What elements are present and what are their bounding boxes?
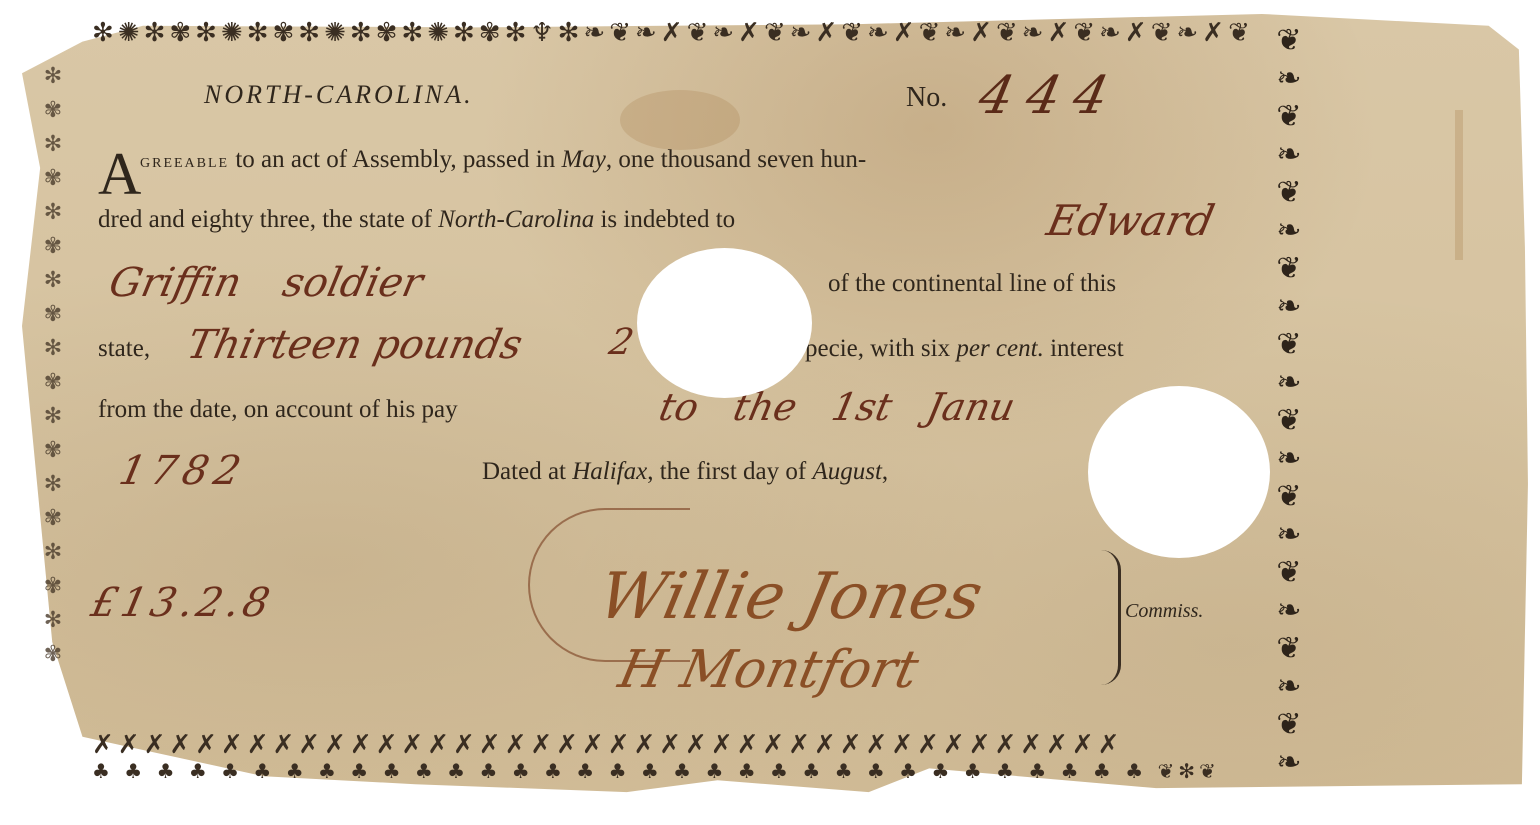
text-line-3: of the continental line of this bbox=[828, 270, 1116, 298]
certificate-number: 444 bbox=[974, 66, 1128, 126]
punch-hole-cancellation bbox=[637, 248, 812, 398]
text-line-4-start: state, bbox=[98, 335, 150, 363]
certificate-number-label: No. bbox=[906, 82, 947, 114]
drop-cap: A bbox=[98, 144, 141, 204]
document-heading: NORTH-CAROLINA. bbox=[204, 80, 474, 110]
left-ornamental-border: ✻✾✻✾✻✾✻✾✻✾✻✾✻✾✻✾✻✾ bbox=[36, 60, 70, 700]
text-line-6: Dated at Halifax, the first day of Augus… bbox=[482, 458, 888, 486]
top-ornamental-border: ✻✺✻✾✻✺✻✾✻✺✻✾✻✺✻✾✻♆✻❧❦❧✗❦❧✗❦❧✗❦❧✗❦❧✗❦❧✗❦❧… bbox=[92, 18, 1302, 48]
stain bbox=[620, 90, 740, 150]
payee-first-name: Edward bbox=[1043, 196, 1219, 245]
right-ornamental-border: ❦❧❦❧❦❧❦❧❦❧❦❧❦❧❦❧❦❧❦❧ bbox=[1272, 22, 1306, 782]
text-line-1: greeable to an act of Assembly, passed i… bbox=[140, 146, 866, 174]
text-line-5: from the date, on account of his pay bbox=[98, 396, 458, 424]
amount-in-figures: £13.2.8 bbox=[87, 580, 277, 626]
text-line-4-end: pecie, with six per cent. interest bbox=[805, 335, 1124, 363]
text-line-2: dred and eighty three, the state of Nort… bbox=[98, 206, 735, 234]
year: 1782 bbox=[115, 448, 251, 494]
payee-surname-role: Griffin soldier bbox=[105, 260, 427, 306]
punch-hole-cancellation bbox=[1088, 386, 1270, 558]
bottom-ornamental-border-row2: ♣ ♣ ♣ ♣ ♣ ♣ ♣ ♣ ♣ ♣ ♣ ♣ ♣ ♣ ♣ ♣ ♣ ♣ ♣ ♣ … bbox=[92, 756, 1302, 786]
signature-willie-jones: Willie Jones bbox=[592, 560, 989, 634]
commissioners-brace bbox=[1098, 550, 1121, 685]
signature-montfort: H Montfort bbox=[614, 640, 924, 700]
smallcaps-word: greeable bbox=[140, 150, 229, 172]
amount-in-words: Thirteen pounds bbox=[183, 322, 526, 368]
commissioners-label: Commiss. bbox=[1125, 600, 1203, 623]
stain bbox=[1455, 110, 1463, 260]
